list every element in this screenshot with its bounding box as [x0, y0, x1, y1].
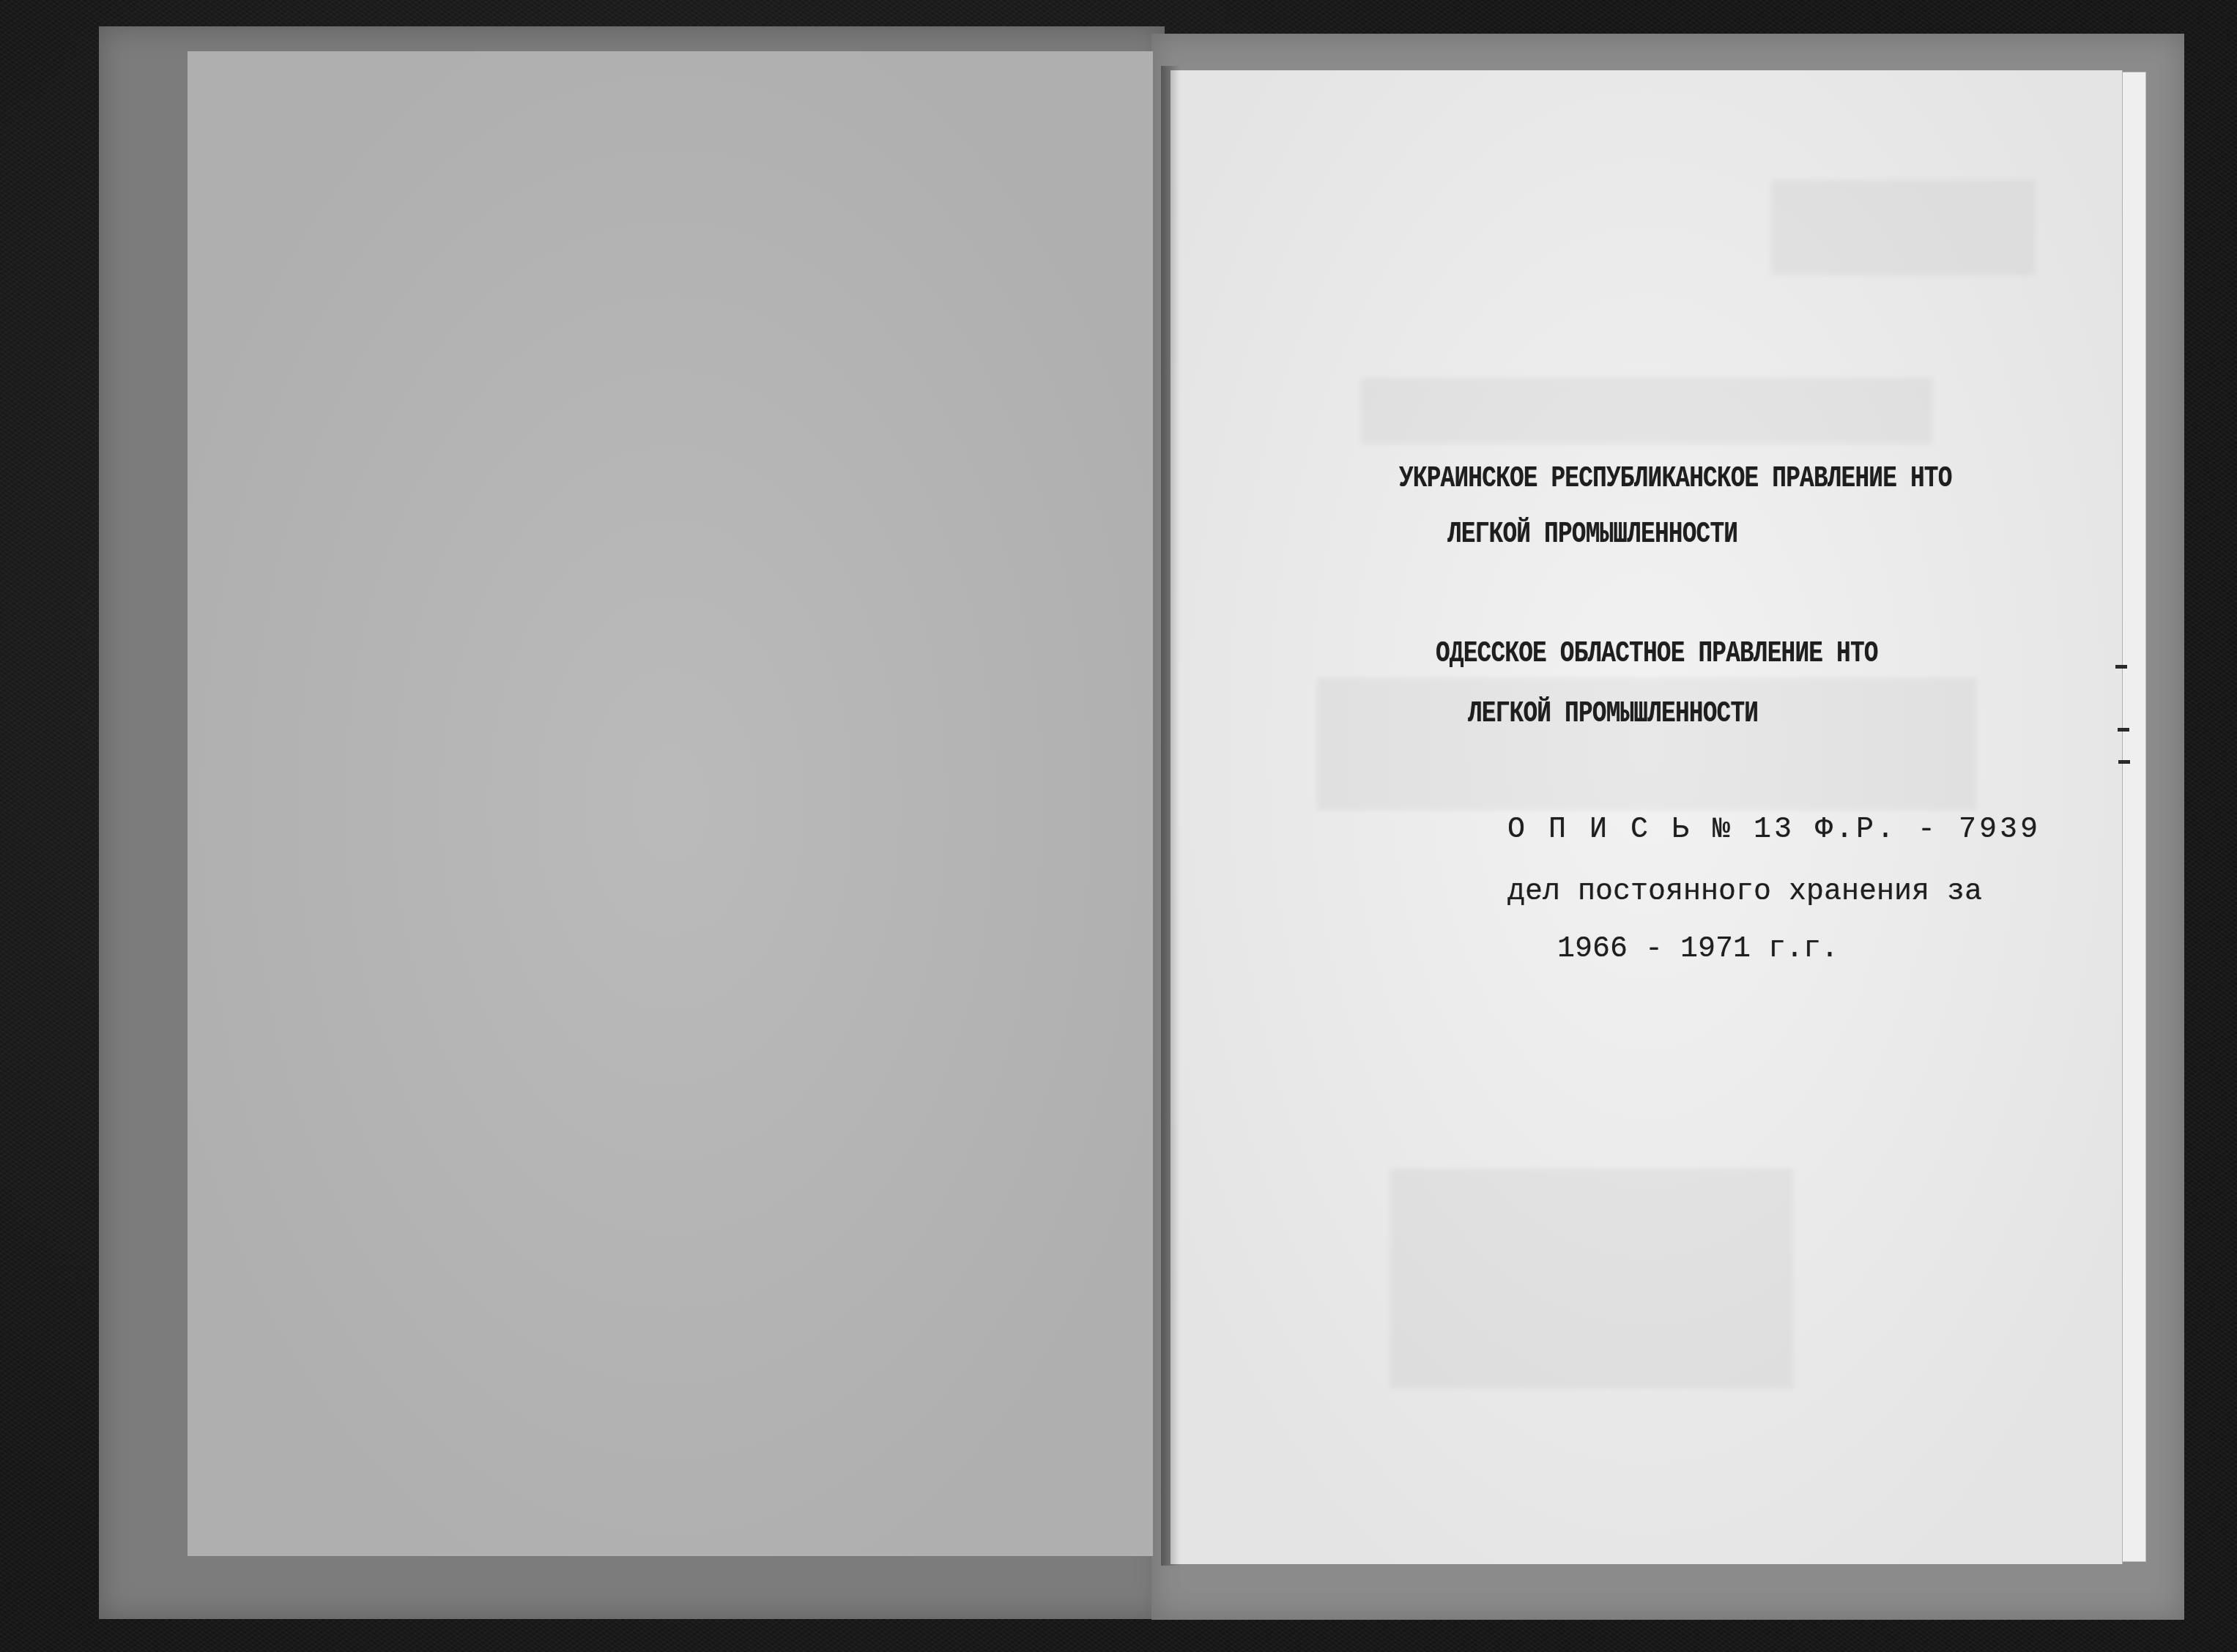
left-endpaper [188, 51, 1153, 1556]
bleed-through-text [1361, 378, 1932, 444]
spine-shadow [1161, 66, 1180, 1566]
page-tab-mark [2118, 760, 2130, 764]
sub-org-line-1: ОДЕССКОЕ ОБЛАСТНОЕ ПРАВЛЕНИЕ НТО [1436, 638, 1878, 671]
bleed-through-stamp [1771, 180, 2035, 275]
org-line-2: ЛЕГКОЙ ПРОМЫШЛЕННОСТИ [1447, 518, 1737, 551]
inventory-subtitle: дел постоянного хранения за [1507, 876, 1982, 909]
inventory-title: О П И С Ь № 13 Ф.Р. - 7939 [1507, 814, 2041, 847]
inventory-period: 1966 - 1971 г.г. [1557, 933, 1839, 966]
title-page: УКРАИНСКОЕ РЕСПУБЛИКАНСКОЕ ПРАВЛЕНИЕ НТО… [1171, 70, 2123, 1564]
page-tab-mark [2115, 665, 2127, 669]
page-tab-mark [2118, 728, 2129, 732]
sub-org-line-2: ЛЕГКОЙ ПРОМЫШЛЕННОСТИ [1468, 698, 1758, 731]
bleed-through-text [1390, 1169, 1793, 1388]
org-line-1: УКРАИНСКОЕ РЕСПУБЛИКАНСКОЕ ПРАВЛЕНИЕ НТО [1399, 463, 1952, 496]
